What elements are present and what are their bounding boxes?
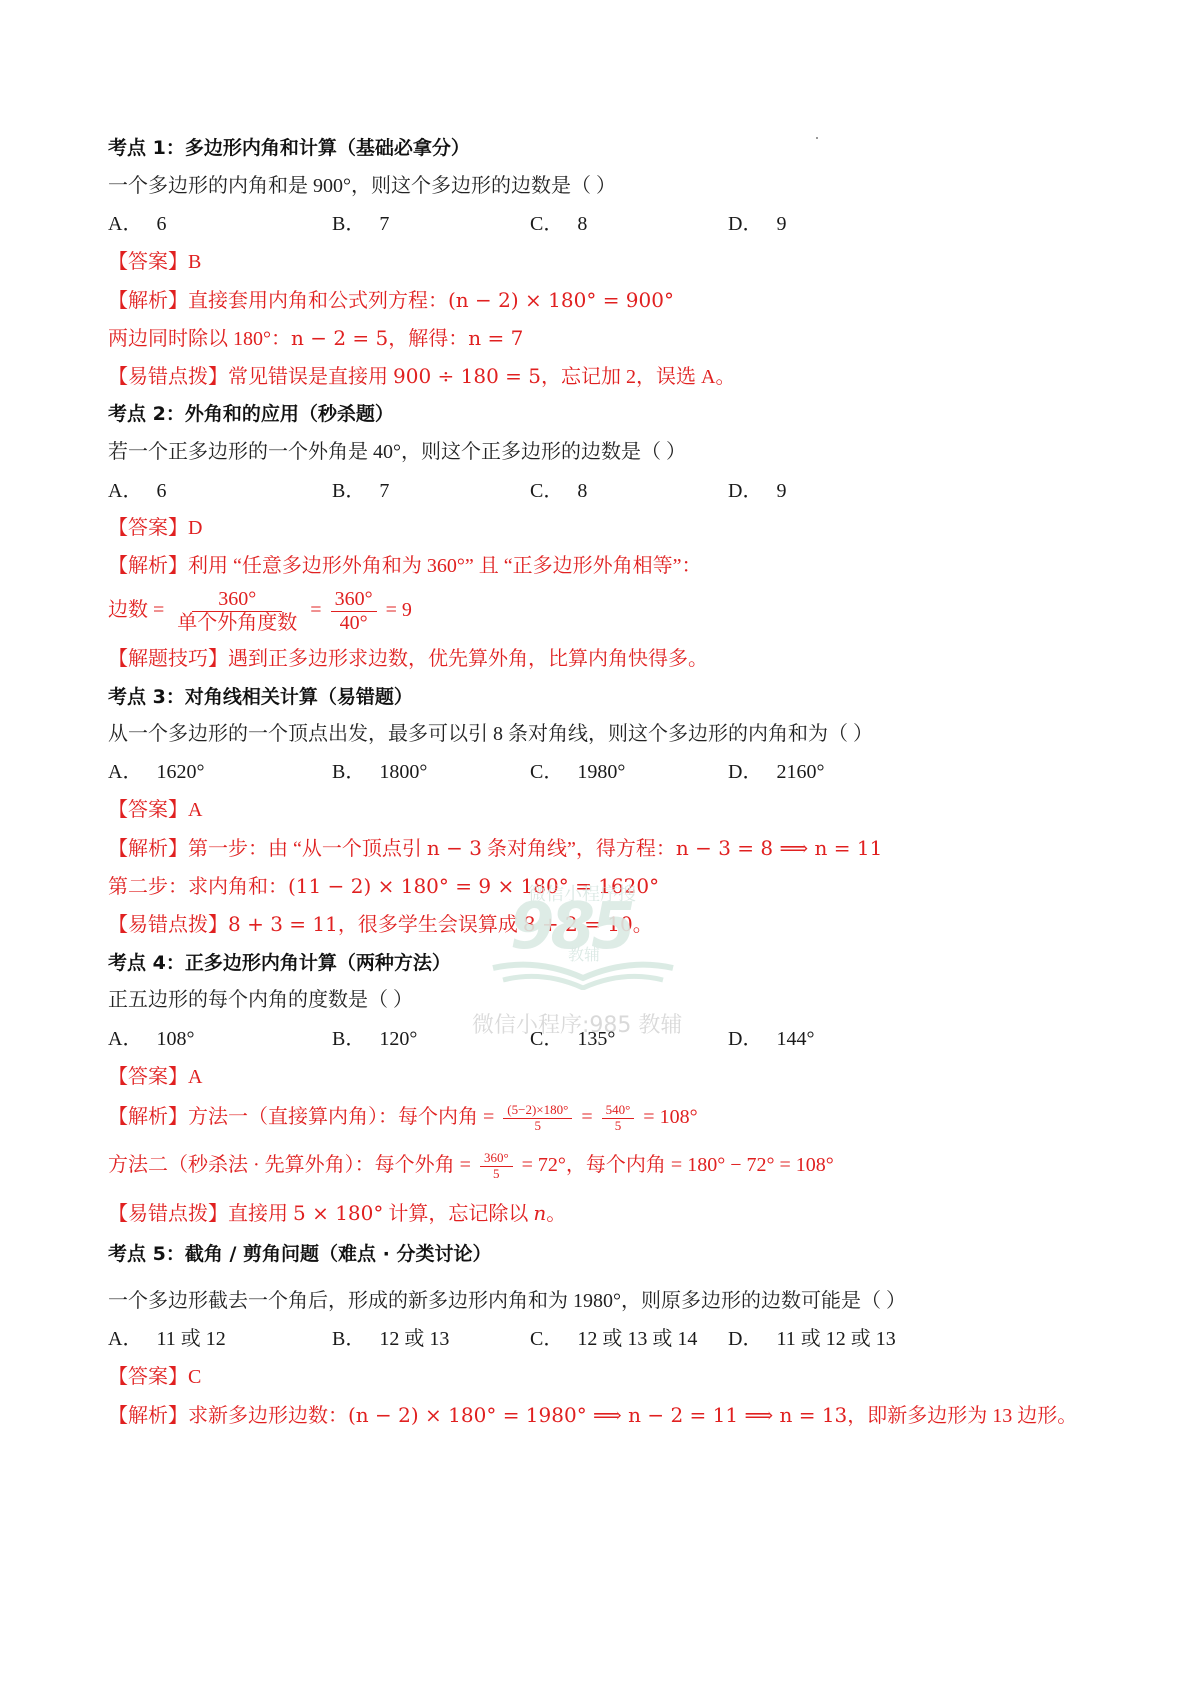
section-3-tip: 【易错点拨】8 + 3 = 11，很多学生会误算成 8 + 2 = 10。: [108, 911, 653, 938]
option-c: C．12 或 13 或 14: [530, 1326, 697, 1352]
option-b: B．7: [332, 211, 389, 237]
section-1-answer: 【答案】B: [108, 249, 201, 275]
option-a: A．1620°: [108, 759, 204, 785]
section-1-analysis: 【解析】直接套用内角和公式列方程：(n − 2) × 180° = 900°: [108, 287, 674, 314]
option-a: A．108°: [108, 1026, 194, 1052]
section-4-heading: 考点 4：正多边形内角计算（两种方法）: [108, 950, 451, 976]
section-4-question: 正五边形的每个内角的度数是（ ）: [108, 987, 413, 1013]
option-d: D．9: [728, 478, 786, 504]
section-3-question: 从一个多边形的一个顶点出发，最多可以引 8 条对角线，则这个多边形的内角和为（ …: [108, 721, 873, 747]
option-d: D．144°: [728, 1026, 814, 1052]
section-2-answer: 【答案】D: [108, 515, 202, 541]
section-1-tip: 【易错点拨】常见错误是直接用 900 ÷ 180 = 5，忘记加 2，误选 A。: [108, 363, 735, 390]
section-3-analysis: 【解析】第一步：由 “从一个顶点引 n − 3 条对角线”，得方程：n − 3 …: [108, 835, 882, 862]
option-a: A．11 或 12: [108, 1326, 226, 1352]
option-c: C．135°: [530, 1026, 615, 1052]
option-c: C．1980°: [530, 759, 625, 785]
fraction: 360°5: [480, 1151, 513, 1182]
option-d: D．9: [728, 211, 786, 237]
option-b: B．120°: [332, 1026, 417, 1052]
option-c: C．8: [530, 478, 587, 504]
section-2-heading: 考点 2：外角和的应用（秒杀题）: [108, 401, 394, 427]
fraction: (5−2)×180°5: [503, 1103, 572, 1134]
option-d: D．2160°: [728, 759, 824, 785]
section-2-analysis: 【解析】利用 “任意多边形外角和为 360°” 且 “正多边形外角相等”：: [108, 553, 702, 579]
option-b: B．1800°: [332, 759, 427, 785]
option-b: B．7: [332, 478, 389, 504]
section-1-step2: 两边同时除以 180°：n − 2 = 5，解得：n = 7: [108, 325, 523, 352]
section-3-answer: 【答案】A: [108, 797, 202, 823]
section-3-heading: 考点 3：对角线相关计算（易错题）: [108, 684, 413, 710]
section-5-analysis: 【解析】求新多边形边数：(n − 2) × 180° = 1980° ⟹ n −…: [108, 1402, 1077, 1429]
section-5-answer: 【答案】C: [108, 1364, 201, 1390]
section-4-answer: 【答案】A: [108, 1064, 202, 1090]
fraction: 360°单个外角度数: [173, 588, 301, 635]
stray-dot: [816, 137, 818, 139]
section-5-question: 一个多边形截去一个角后，形成的新多边形内角和为 1980°，则原多边形的边数可能…: [108, 1288, 906, 1314]
section-5-heading: 考点 5：截角 / 剪角问题（难点 · 分类讨论）: [108, 1241, 491, 1267]
section-3-step2: 第二步：求内角和：(11 − 2) × 180° = 9 × 180° = 16…: [108, 873, 659, 900]
section-1-question: 一个多边形的内角和是 900°，则这个多边形的边数是（ ）: [108, 173, 616, 199]
option-d: D．11 或 12 或 13: [728, 1326, 896, 1352]
book-icon: [488, 960, 678, 990]
fraction: 540°5: [602, 1103, 635, 1134]
option-b: B．12 或 13: [332, 1326, 449, 1352]
section-2-tip: 【解题技巧】遇到正多边形求边数，优先算外角，比算内角快得多。: [108, 646, 708, 672]
option-a: A．6: [108, 211, 166, 237]
section-4-method2: 方法二（秒杀法 · 先算外角）：每个外角 = 360°5 = 72°，每个内角 …: [108, 1151, 834, 1182]
option-a: A．6: [108, 478, 166, 504]
section-2-question: 若一个正多边形的一个外角是 40°，则这个正多边形的边数是（ ）: [108, 439, 686, 465]
section-2-formula: 边数 = 360°单个外角度数 = 360°40° = 9: [108, 588, 412, 635]
option-c: C．8: [530, 211, 587, 237]
watermark-logo-sub: 教辅: [568, 942, 600, 965]
section-1-heading: 考点 1：多边形内角和计算（基础必拿分）: [108, 135, 470, 161]
fraction: 360°40°: [331, 588, 377, 635]
section-4-tip: 【易错点拨】直接用 5 × 180° 计算，忘记除以 n。: [108, 1200, 566, 1227]
section-4-method1: 【解析】方法一（直接算内角）：每个内角 = (5−2)×180°5 = 540°…: [108, 1103, 698, 1134]
